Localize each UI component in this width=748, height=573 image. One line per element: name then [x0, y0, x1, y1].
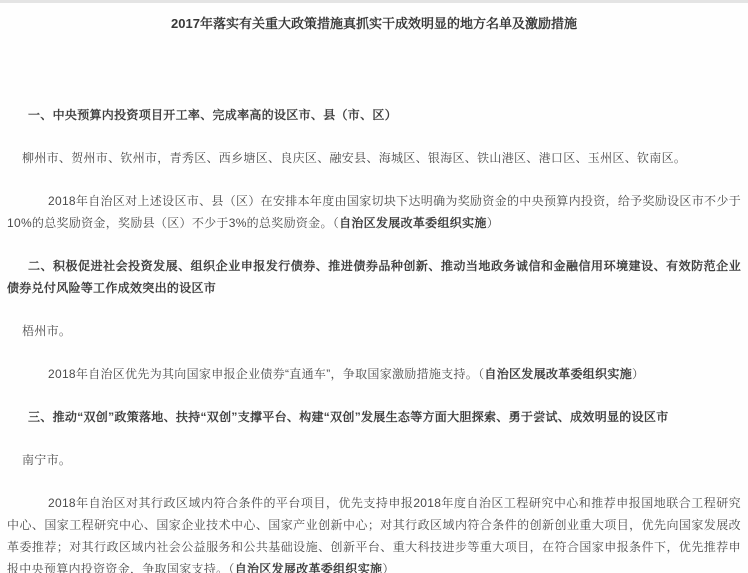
document-title: 2017年落实有关重大政策措施真抓实干成效明显的地方名单及激励措施	[7, 14, 741, 34]
section-1-awardees: 柳州市、贺州市、钦州市，青秀区、西乡塘区、良庆区、融安县、海城区、银海区、铁山港…	[7, 147, 741, 169]
incentive-tail: ）	[632, 367, 644, 381]
implementing-org: 自治区发展改革委组织实施	[235, 562, 383, 573]
section-2-heading: 二、积极促进社会投资发展、组织企业申报发行债券、推进债券品种创新、推动当地政务诚…	[7, 255, 741, 299]
section-3-awardees: 南宁市。	[7, 449, 741, 471]
incentive-tail: ）	[487, 216, 499, 230]
section-2: 二、积极促进社会投资发展、组织企业申报发行债券、推进债券品种创新、推动当地政务诚…	[7, 255, 741, 385]
section-2-awardees: 梧州市。	[7, 320, 741, 342]
document-content: 2017年落实有关重大政策措施真抓实干成效明显的地方名单及激励措施 一、中央预算…	[0, 14, 748, 573]
section-3: 三、推动“双创”政策落地、扶持“双创”支撑平台、构建“双创”发展生态等方面大胆探…	[7, 406, 741, 573]
section-3-heading: 三、推动“双创”政策落地、扶持“双创”支撑平台、构建“双创”发展生态等方面大胆探…	[7, 406, 741, 428]
section-2-incentive: 2018年自治区优先为其向国家申报企业债券“直通车”，争取国家激励措施支持。（自…	[7, 363, 741, 385]
incentive-text: 2018年自治区优先为其向国家申报企业债券“直通车”，争取国家激励措施支持。（	[48, 367, 484, 381]
incentive-tail: ）	[382, 562, 394, 573]
section-3-incentive: 2018年自治区对其行政区域内符合条件的平台项目，优先支持申报2018年度自治区…	[7, 492, 741, 573]
implementing-org: 自治区发展改革委组织实施	[339, 216, 487, 230]
section-1: 一、中央预算内投资项目开工率、完成率高的设区市、县（市、区） 柳州市、贺州市、钦…	[7, 104, 741, 234]
section-1-incentive: 2018年自治区对上述设区市、县（区）在安排本年度由国家切块下达明确为奖励资金的…	[7, 190, 741, 234]
document-page: 2017年落实有关重大政策措施真抓实干成效明显的地方名单及激励措施 一、中央预算…	[0, 0, 748, 573]
implementing-org: 自治区发展改革委组织实施	[484, 367, 632, 381]
section-1-heading: 一、中央预算内投资项目开工率、完成率高的设区市、县（市、区）	[7, 104, 741, 126]
